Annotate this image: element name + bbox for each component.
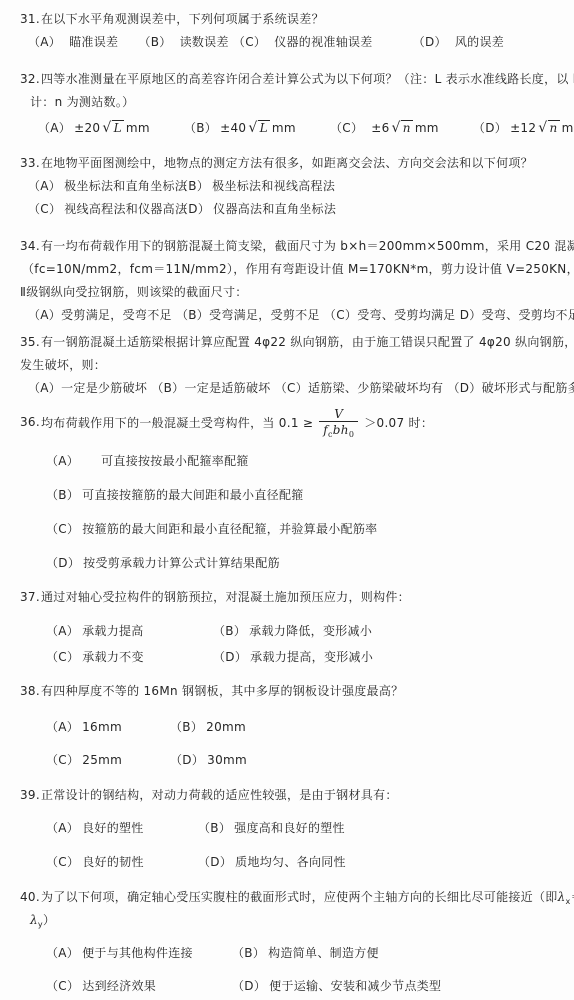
options-row: （A）16mm （B）20mm bbox=[20, 716, 560, 739]
stem-text: （fc=10N/mm2，fcm＝11N/mm2），作用有弯距设计值 M=170K… bbox=[22, 262, 574, 276]
question-number: 35. bbox=[20, 335, 40, 349]
question-stem: 38.有四种厚度不等的 16Mn 钢钢板，其中多厚的钢板设计强度最高？ bbox=[20, 680, 560, 703]
option-d: （D）仪器高法和直角坐标法 bbox=[176, 198, 336, 221]
option-label: （D） bbox=[232, 979, 266, 993]
option-d: （D）风的误差 bbox=[413, 31, 504, 54]
unit: mm bbox=[562, 121, 574, 135]
question-stem: 34.有一均布荷载作用下的钢筋混凝土简支梁，截面尺寸为 b×h＝200mm×50… bbox=[20, 235, 560, 258]
option-text: 承载力提高 bbox=[82, 624, 144, 638]
square-root: √L bbox=[102, 114, 124, 142]
option-text: 20mm bbox=[206, 720, 246, 734]
option-text: 承载力提高，变形减小 bbox=[250, 650, 373, 664]
square-root: √L bbox=[248, 114, 270, 142]
question-stem: 37.通过对轴心受拉构件的钢筋预拉，对混凝土施加预压应力，则构件： bbox=[20, 586, 560, 609]
option-text: 16mm bbox=[82, 720, 122, 734]
option-label: （A） bbox=[46, 454, 79, 468]
question-number: 32. bbox=[20, 72, 40, 86]
option-label: （C） bbox=[46, 979, 79, 993]
option-text: 瞄准误差 bbox=[69, 35, 118, 49]
stem-text: 有四种厚度不等的 16Mn 钢钢板，其中多厚的钢板设计强度最高？ bbox=[41, 684, 403, 698]
option-label: （C） bbox=[324, 308, 357, 322]
options-row: （A）一定是少筋破坏 （B）一定是适筋破坏 （C）适筋梁、少筋梁破坏均有 （D）… bbox=[20, 377, 560, 400]
options-row: （A）±20√Lmm （B）±40√Lmm （C）±6√nmm （D）±12√n… bbox=[20, 114, 560, 142]
option-b: （B）一定是适筋破坏 bbox=[151, 377, 270, 400]
option-label: （D） bbox=[447, 381, 481, 395]
option-label: （B） bbox=[213, 624, 246, 638]
option-text: 承载力不变 bbox=[82, 650, 144, 664]
option-label: （A） bbox=[46, 624, 79, 638]
fraction: V fcbh0 bbox=[319, 407, 358, 438]
question-stem: 33.在地物平面图测绘中，地物点的测定方法有很多，如距离交会法、方向交会法和以下… bbox=[20, 152, 560, 175]
option-label: （B） bbox=[198, 821, 231, 835]
option-label: （A） bbox=[28, 179, 61, 193]
question-stem: 40.为了以下何项，确定轴心受压实腹柱的截面形式时，应使两个主轴方向的长细比尽可… bbox=[20, 886, 560, 909]
options-row: （A）受剪满足，受弯不足 （B）受弯满足，受剪不足 （C）受弯、受剪均满足 D）… bbox=[20, 304, 560, 327]
option-c: （C）按箍筋的最大间距和最小直径配箍，并验算最小配筋率 bbox=[20, 518, 560, 541]
option-c: （C）±6√nmm bbox=[330, 114, 439, 142]
option-b: （B）构造简单、制造方便 bbox=[232, 942, 379, 965]
radical-icon: √ bbox=[248, 120, 257, 136]
plus-minus-coefficient: ±6 bbox=[371, 121, 389, 135]
question-36: 36.均布荷载作用下的一般混凝土受弯构件，当 0.1 ≥ V fcbh0 ＞0.… bbox=[20, 400, 560, 575]
stem-text: 正常设计的钢结构，对动力荷载的适应性较强，是由于钢材具有： bbox=[41, 788, 398, 802]
stem-text: 计：n 为测站数。） bbox=[30, 95, 134, 109]
question-35: 35.有一钢筋混凝土适筋梁根据计算应配置 4φ22 纵向钢筋，由于施工错误只配置… bbox=[20, 331, 560, 400]
option-b: （B）20mm bbox=[170, 716, 246, 739]
option-text: 破坏形式与配筋多少无关 bbox=[482, 381, 574, 395]
option-c: （C）受弯、受剪均满足 bbox=[324, 304, 456, 327]
option-d: （D）破坏形式与配筋多少无关 bbox=[447, 377, 574, 400]
option-a: （A）极坐标法和直角坐标法 bbox=[28, 175, 176, 198]
option-label: （D） bbox=[176, 202, 210, 216]
radicand: L bbox=[258, 120, 270, 135]
option-text: 强度高和良好的塑性 bbox=[234, 821, 345, 835]
option-label: （B） bbox=[151, 381, 184, 395]
question-31: 31.在以下水平角观测误差中，下列何项属于系统误差？ （A）瞄准误差 （B）读数… bbox=[20, 8, 560, 54]
option-text: 读数误差 bbox=[180, 35, 229, 49]
option-d: （D）30mm bbox=[170, 749, 247, 772]
stem-text: Ⅱ级钢纵向受拉钢筋，则该梁的截面尺寸： bbox=[20, 285, 248, 299]
question-stem: 36.均布荷载作用下的一般混凝土受弯构件，当 0.1 ≥ V fcbh0 ＞0.… bbox=[20, 400, 560, 444]
radicand: n bbox=[401, 120, 413, 135]
question-number: 40. bbox=[20, 890, 40, 904]
options-row: （A）瞄准误差 （B）读数误差 （C）仪器的视准轴误差 （D）风的误差 bbox=[20, 31, 560, 54]
radical-icon: √ bbox=[392, 120, 401, 136]
fraction-denominator: fcbh0 bbox=[319, 421, 358, 438]
option-label: （D） bbox=[413, 35, 447, 49]
lambda-y: λ bbox=[30, 913, 38, 927]
option-text: 受剪满足，受弯不足 bbox=[61, 308, 172, 322]
option-label: （A） bbox=[28, 381, 61, 395]
question-stem: 31.在以下水平角观测误差中，下列何项属于系统误差？ bbox=[20, 8, 560, 31]
option-text: 质地均匀、各向同性 bbox=[235, 855, 346, 869]
option-label: （B） bbox=[138, 35, 171, 49]
lambda-x: λ bbox=[558, 890, 566, 904]
option-label: （D） bbox=[198, 855, 232, 869]
option-label: （C） bbox=[330, 121, 363, 135]
option-a: （A）便于与其他构件连接 bbox=[46, 942, 232, 965]
option-text: 适筋梁、少筋梁破坏均有 bbox=[308, 381, 443, 395]
option-label: （D） bbox=[170, 753, 204, 767]
option-text: 受弯满足，受剪不足 bbox=[209, 308, 320, 322]
unit: mm bbox=[272, 121, 296, 135]
option-text: 可直接按箍筋的最大间距和最小直径配箍 bbox=[82, 488, 303, 502]
stem-continued: 计：n 为测站数。） bbox=[20, 91, 560, 114]
option-text: 仪器的视准轴误差 bbox=[274, 35, 372, 49]
options-row: （A）便于与其他构件连接 （B）构造简单、制造方便 bbox=[20, 942, 560, 965]
question-stem: 32.四等水准测量在平原地区的高差容许闭合差计算公式为以下何项？（注：L 表示水… bbox=[20, 68, 560, 91]
option-d: （D）±12√nmm bbox=[473, 114, 574, 142]
option-label: （D） bbox=[46, 556, 80, 570]
radicand: L bbox=[112, 120, 124, 135]
option-b: （B）可直接按箍筋的最大间距和最小直径配箍 bbox=[20, 484, 560, 507]
option-text: 构造简单、制造方便 bbox=[268, 946, 379, 960]
option-b: （B）承载力降低，变形减小 bbox=[213, 620, 372, 643]
option-text: 承载力降低，变形减小 bbox=[249, 624, 372, 638]
option-label: （D） bbox=[213, 650, 247, 664]
option-text: 良好的韧性 bbox=[82, 855, 144, 869]
option-text: 一定是适筋破坏 bbox=[184, 381, 270, 395]
option-text: 仪器高法和直角坐标法 bbox=[213, 202, 336, 216]
option-label: D） bbox=[460, 308, 482, 322]
question-37: 37.通过对轴心受拉构件的钢筋预拉，对混凝土施加预压应力，则构件： （A）承载力… bbox=[20, 586, 560, 669]
option-a: （A）16mm bbox=[46, 716, 170, 739]
options-row: （C）达到经济效果 （D）便于运输、安装和减少节点类型 bbox=[20, 975, 560, 998]
option-label: （A） bbox=[46, 821, 79, 835]
option-d: （D）质地均匀、各向同性 bbox=[198, 851, 346, 874]
option-a: （A）瞄准误差 bbox=[28, 31, 118, 54]
question-40: 40.为了以下何项，确定轴心受压实腹柱的截面形式时，应使两个主轴方向的长细比尽可… bbox=[20, 886, 560, 998]
options-row: （A）承载力提高 （B）承载力降低，变形减小 bbox=[20, 620, 560, 643]
option-label: （B） bbox=[176, 179, 209, 193]
options-row: （C）25mm （D）30mm bbox=[20, 749, 560, 772]
unit: mm bbox=[126, 121, 150, 135]
square-root: √n bbox=[538, 114, 559, 142]
stem-text: 四等水准测量在平原地区的高差容许闭合差计算公式为以下何项？（注：L 表示水准线路… bbox=[41, 72, 574, 86]
options-row: （C）视线高程法和仪器高法 （D）仪器高法和直角坐标法 bbox=[20, 198, 560, 221]
option-label: （B） bbox=[184, 121, 217, 135]
den-bh: bh bbox=[333, 423, 349, 437]
options-row: （A）极坐标法和直角坐标法 （B）极坐标法和视线高程法 bbox=[20, 175, 560, 198]
question-number: 39. bbox=[20, 788, 40, 802]
option-a: （A）承载力提高 bbox=[46, 620, 213, 643]
option-label: （B） bbox=[170, 720, 203, 734]
plus-minus-coefficient: ±20 bbox=[74, 121, 100, 135]
radical-icon: √ bbox=[102, 120, 111, 136]
stem-continued: 发生破坏，则： bbox=[20, 354, 560, 377]
option-label: （A） bbox=[28, 35, 61, 49]
option-c: （C）视线高程法和仪器高法 bbox=[28, 198, 176, 221]
option-text: 可直接按按最小配箍率配箍 bbox=[101, 454, 249, 468]
option-label: （C） bbox=[233, 35, 266, 49]
option-label: （A） bbox=[46, 946, 79, 960]
question-number: 36. bbox=[20, 415, 40, 429]
fraction-numerator: V bbox=[332, 407, 345, 421]
option-c: （C）达到经济效果 bbox=[46, 975, 232, 998]
option-a: （A）±20√Lmm bbox=[38, 114, 150, 142]
question-number: 33. bbox=[20, 156, 40, 170]
option-b: （B）极坐标法和视线高程法 bbox=[176, 175, 335, 198]
option-text: 达到经济效果 bbox=[82, 979, 156, 993]
question-number: 37. bbox=[20, 590, 40, 604]
option-label: （C） bbox=[46, 855, 79, 869]
stem-text: 有一均布荷载作用下的钢筋混凝土简支梁，截面尺寸为 b×h＝200mm×500mm… bbox=[41, 239, 574, 253]
radical-icon: √ bbox=[538, 120, 547, 136]
question-number: 38. bbox=[20, 684, 40, 698]
option-label: （B） bbox=[176, 308, 209, 322]
option-c: （C）良好的韧性 bbox=[46, 851, 198, 874]
option-b: （B）读数误差 bbox=[138, 31, 228, 54]
stem-continued: λy） bbox=[20, 909, 560, 932]
stem-text: 发生破坏，则： bbox=[20, 358, 106, 372]
option-a: （A）良好的塑性 bbox=[46, 817, 198, 840]
stem-continued: Ⅱ级钢纵向受拉钢筋，则该梁的截面尺寸： bbox=[20, 281, 560, 304]
question-33: 33.在地物平面图测绘中，地物点的测定方法有很多，如距离交会法、方向交会法和以下… bbox=[20, 152, 560, 221]
option-label: （A） bbox=[46, 720, 79, 734]
question-39: 39.正常设计的钢结构，对动力荷载的适应性较强，是由于钢材具有： （A）良好的塑… bbox=[20, 784, 560, 874]
option-d: D）受弯、受剪均不足 bbox=[460, 304, 574, 327]
option-text: 便于运输、安装和减少节点类型 bbox=[269, 979, 441, 993]
question-38: 38.有四种厚度不等的 16Mn 钢钢板，其中多厚的钢板设计强度最高？ （A）1… bbox=[20, 680, 560, 772]
equals-sign: ＝ bbox=[571, 890, 574, 904]
option-c: （C）承载力不变 bbox=[46, 646, 213, 669]
option-text: 按受剪承载力计算公式计算结果配筋 bbox=[83, 556, 280, 570]
option-label: （C） bbox=[46, 522, 79, 536]
stem-text: 有一钢筋混凝土适筋梁根据计算应配置 4φ22 纵向钢筋，由于施工错误只配置了 4… bbox=[41, 335, 574, 349]
options-row: （C）承载力不变 （D）承载力提高，变形减小 bbox=[20, 646, 560, 669]
radicand: n bbox=[548, 120, 560, 135]
option-label: （B） bbox=[232, 946, 265, 960]
question-number: 34. bbox=[20, 239, 40, 253]
option-b: （B）强度高和良好的塑性 bbox=[198, 817, 345, 840]
square-root: √n bbox=[392, 114, 413, 142]
stem-continued: （fc=10N/mm2，fcm＝11N/mm2），作用有弯距设计值 M=170K… bbox=[20, 258, 560, 281]
stem-text: 在以下水平角观测误差中，下列何项属于系统误差？ bbox=[41, 12, 324, 26]
question-34: 34.有一均布荷载作用下的钢筋混凝土简支梁，截面尺寸为 b×h＝200mm×50… bbox=[20, 235, 560, 327]
option-text: 视线高程法和仪器高法 bbox=[64, 202, 187, 216]
options-row: （A）良好的塑性 （B）强度高和良好的塑性 bbox=[20, 817, 560, 840]
option-c: （C）仪器的视准轴误差 bbox=[233, 31, 373, 54]
den-sub-0: 0 bbox=[349, 430, 354, 439]
stem-text: 在地物平面图测绘中，地物点的测定方法有很多，如距离交会法、方向交会法和以下何项？ bbox=[41, 156, 533, 170]
close-paren: ） bbox=[43, 913, 55, 927]
question-stem: 39.正常设计的钢结构，对动力荷载的适应性较强，是由于钢材具有： bbox=[20, 784, 560, 807]
option-label: （B） bbox=[46, 488, 79, 502]
option-text: 按箍筋的最大间距和最小直径配箍，并验算最小配筋率 bbox=[82, 522, 377, 536]
option-text: 极坐标法和直角坐标法 bbox=[64, 179, 187, 193]
exam-page: 31.在以下水平角观测误差中，下列何项属于系统误差？ （A）瞄准误差 （B）读数… bbox=[0, 0, 574, 1000]
option-label: （A） bbox=[38, 121, 71, 135]
option-label: （C） bbox=[46, 650, 79, 664]
question-stem: 35.有一钢筋混凝土适筋梁根据计算应配置 4φ22 纵向钢筋，由于施工错误只配置… bbox=[20, 331, 560, 354]
stem-text: ＞0.07 时： bbox=[364, 414, 433, 431]
option-text: 受弯、受剪均不足 bbox=[482, 308, 574, 322]
option-text: 25mm bbox=[82, 753, 122, 767]
option-a: （A）一定是少筋破坏 bbox=[28, 377, 147, 400]
option-text: 良好的塑性 bbox=[82, 821, 144, 835]
stem-text: 通过对轴心受拉构件的钢筋预拉，对混凝土施加预压应力，则构件： bbox=[41, 590, 410, 604]
option-d: （D）便于运输、安装和减少节点类型 bbox=[232, 975, 441, 998]
unit: mm bbox=[415, 121, 439, 135]
option-a: （A）可直接按按最小配箍率配箍 bbox=[20, 450, 560, 473]
stem-text: 为了以下何项，确定轴心受压实腹柱的截面形式时，应使两个主轴方向的长细比尽可能接近… bbox=[41, 890, 558, 904]
question-number: 31. bbox=[20, 12, 40, 26]
option-b: （B）±40√Lmm bbox=[184, 114, 296, 142]
question-32: 32.四等水准测量在平原地区的高差容许闭合差计算公式为以下何项？（注：L 表示水… bbox=[20, 68, 560, 142]
option-text: 极坐标法和视线高程法 bbox=[212, 179, 335, 193]
option-c: （C）适筋梁、少筋梁破坏均有 bbox=[275, 377, 444, 400]
option-text: 30mm bbox=[207, 753, 247, 767]
option-b: （B）受弯满足，受剪不足 bbox=[176, 304, 320, 327]
option-d: （D）按受剪承载力计算公式计算结果配筋 bbox=[20, 552, 560, 575]
option-text: 便于与其他构件连接 bbox=[82, 946, 193, 960]
option-a: （A）受剪满足，受弯不足 bbox=[28, 304, 172, 327]
option-text: 一定是少筋破坏 bbox=[61, 381, 147, 395]
option-label: （C） bbox=[28, 202, 61, 216]
option-label: （C） bbox=[46, 753, 79, 767]
plus-minus-coefficient: ±40 bbox=[220, 121, 246, 135]
option-label: （C） bbox=[275, 381, 308, 395]
options-row: （C）良好的韧性 （D）质地均匀、各向同性 bbox=[20, 851, 560, 874]
option-text: 受弯、受剪均满足 bbox=[357, 308, 455, 322]
plus-minus-coefficient: ±12 bbox=[510, 121, 536, 135]
stem-text: 均布荷载作用下的一般混凝土受弯构件，当 0.1 ≥ bbox=[41, 414, 313, 431]
option-text: 风的误差 bbox=[455, 35, 504, 49]
option-label: （D） bbox=[473, 121, 507, 135]
option-c: （C）25mm bbox=[46, 749, 170, 772]
option-label: （A） bbox=[28, 308, 61, 322]
option-d: （D）承载力提高，变形减小 bbox=[213, 646, 373, 669]
